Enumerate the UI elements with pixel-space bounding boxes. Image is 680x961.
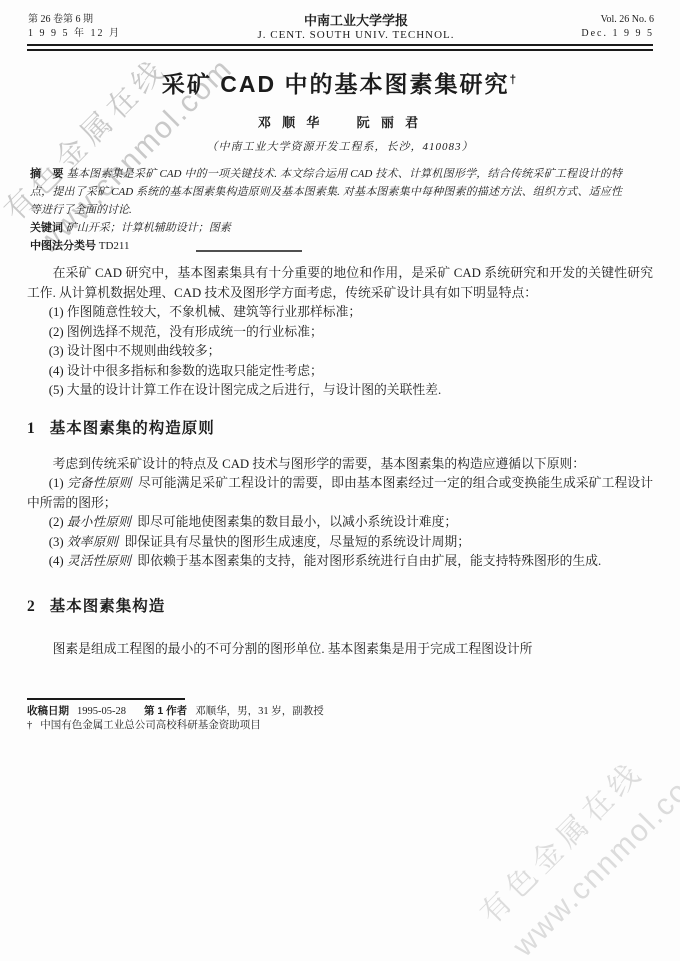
watermark-url-text: www.cnnmol.com [503, 751, 680, 961]
footnote-received-line: 收稿日期1995-05-28第 1 作者邓顺华，男，31 岁，副教授 [27, 704, 653, 720]
title-footnote-mark: † [509, 72, 518, 86]
journal-title-block: 中南工业大学学报 J. CENT. SOUTH UNIV. TECHNOL. [178, 13, 534, 42]
principle-text: 即尽可能地使图素集的数目最小，以减小系统设计难度； [137, 515, 457, 529]
footnote-fund-line: †中国有色金属工业总公司高校科研基金资助项目 [27, 719, 653, 734]
header-double-rule [27, 44, 653, 51]
section-2-paragraph: 图素是组成工程图的最小的不可分割的图形单位. 基本图素集是用于完成工程图设计所 [27, 640, 653, 660]
first-author-info: 邓顺华，男，31 岁，副教授 [195, 706, 324, 717]
journal-vol-block: Vol. 26 No. 6 Dec. 1 9 9 5 [534, 13, 654, 41]
watermark-bottom-right: 有色金属在线 www.cnnmol.com [470, 718, 680, 961]
footnote-rule [27, 698, 185, 700]
keywords-text: 矿山开采；计算机辅助设计；图素 [66, 222, 231, 234]
abstract-label: 摘 要 [30, 168, 64, 180]
section-1-title: 基本图素集的构造原则 [50, 420, 215, 437]
keywords-label: 关键词 [30, 222, 63, 234]
abstract-text: 基本图素集是采矿 CAD 中的一项关键技术. 本文综合运用 CAD 技术、计算机… [30, 168, 622, 216]
author-1: 邓 顺 华 [258, 115, 324, 130]
section-1-heading: 1基本图素集的构造原则 [27, 418, 653, 440]
clc-line: 中图法分类号 TD211 [30, 237, 622, 255]
principle-name: 灵活性原则 [67, 554, 131, 568]
author-line: 邓 顺 华 阮 丽 君 [0, 112, 680, 131]
footnote-block: 收稿日期1995-05-28第 1 作者邓顺华，男，31 岁，副教授 †中国有色… [27, 698, 653, 734]
principle-number: (3) [49, 535, 64, 549]
abstract-block: 摘 要 基本图素集是采矿 CAD 中的一项关键技术. 本文综合运用 CAD 技术… [30, 165, 622, 255]
principle-text: 即保证具有尽量快的图形生成速度，尽量短的系统设计周期； [124, 535, 470, 549]
clc-code: TD211 [99, 240, 130, 252]
received-date: 1995-05-28 [77, 706, 126, 717]
abstract-divider-rule [196, 250, 302, 252]
principle-number: (4) [49, 554, 64, 568]
section-1-paragraph: 考虑到传统采矿设计的特点及 CAD 技术与图形学的需要，基本图素集的构造应遵循以… [27, 455, 653, 475]
article-body: 在采矿 CAD 研究中，基本图素集具有十分重要的地位和作用，是采矿 CAD 系统… [27, 264, 653, 659]
article-title-text: 采矿 CAD 中的基本图素集研究 [162, 71, 510, 97]
principle-item: (3) 效率原则 即保证具有尽量快的图形生成速度，尽量短的系统设计周期； [27, 533, 653, 553]
principle-text: 即依赖于基本图素集的支持，能对图形系统进行自由扩展，能支持特殊图形的生成. [137, 554, 601, 568]
section-2-heading: 2基本图素集构造 [27, 596, 653, 618]
journal-title-en: J. CENT. SOUTH UNIV. TECHNOL. [178, 28, 534, 42]
author-2: 阮 丽 君 [357, 115, 423, 130]
feature-item: (2) 图例选择不规范，没有形成统一的行业标准； [27, 323, 653, 343]
section-2-number: 2 [27, 598, 36, 615]
feature-item: (3) 设计图中不规则曲线较多； [27, 342, 653, 362]
principle-item: (4) 灵活性原则 即依赖于基本图素集的支持，能对图形系统进行自由扩展，能支持特… [27, 552, 653, 572]
principle-item: (2) 最小性原则 即尽可能地使图素集的数目最小，以减小系统设计难度； [27, 513, 653, 533]
principle-number: (1) [49, 476, 64, 490]
principle-name: 最小性原则 [67, 515, 131, 529]
journal-vol-en: Vol. 26 No. 6 [534, 13, 654, 27]
journal-date-cn: 1 9 9 5 年 12 月 [28, 27, 178, 41]
journal-issue-cn: 第 26 卷第 6 期 [28, 13, 178, 27]
journal-header: 第 26 卷第 6 期 1 9 9 5 年 12 月 中南工业大学学报 J. C… [28, 13, 654, 42]
journal-title-cn: 中南工业大学学报 [178, 13, 534, 28]
principle-item: (1) 完备性原则 尽可能满足采矿工程设计的需要，即由基本图素经过一定的组合或变… [27, 474, 653, 513]
affiliation: （中南工业大学资源开发工程系，长沙，410083） [0, 138, 680, 154]
fund-mark: † [27, 720, 32, 731]
journal-issue-block: 第 26 卷第 6 期 1 9 9 5 年 12 月 [28, 13, 178, 41]
section-1-number: 1 [27, 420, 36, 437]
fund-text: 中国有色金属工业总公司高校科研基金资助项目 [40, 720, 261, 731]
article-title: 采矿 CAD 中的基本图素集研究† [0, 66, 680, 99]
scanned-paper-page: 有色金属在线 www.cnnmol.com 有色金属在线 www.cnnmol.… [0, 0, 680, 961]
journal-date-en: Dec. 1 9 9 5 [534, 27, 654, 41]
feature-item: (1) 作图随意性较大，不象机械、建筑等行业那样标准； [27, 303, 653, 323]
principle-name: 效率原则 [67, 535, 118, 549]
received-label: 收稿日期 [27, 705, 69, 717]
keywords-line: 关键词 矿山开采；计算机辅助设计；图素 [30, 219, 622, 237]
abstract-paragraph: 摘 要 基本图素集是采矿 CAD 中的一项关键技术. 本文综合运用 CAD 技术… [30, 165, 622, 219]
watermark-cn-text: 有色金属在线 [470, 718, 680, 935]
section-2-title: 基本图素集构造 [50, 598, 166, 615]
clc-label: 中图法分类号 [30, 240, 96, 252]
feature-item: (4) 设计中很多指标和参数的选取只能定性考虑； [27, 362, 653, 382]
principle-number: (2) [49, 515, 64, 529]
principle-name: 完备性原则 [67, 476, 131, 490]
first-author-label: 第 1 作者 [144, 705, 187, 717]
intro-paragraph: 在采矿 CAD 研究中，基本图素集具有十分重要的地位和作用，是采矿 CAD 系统… [27, 264, 653, 303]
feature-item: (5) 大量的设计计算工作在设计图完成之后进行，与设计图的关联性差. [27, 381, 653, 401]
